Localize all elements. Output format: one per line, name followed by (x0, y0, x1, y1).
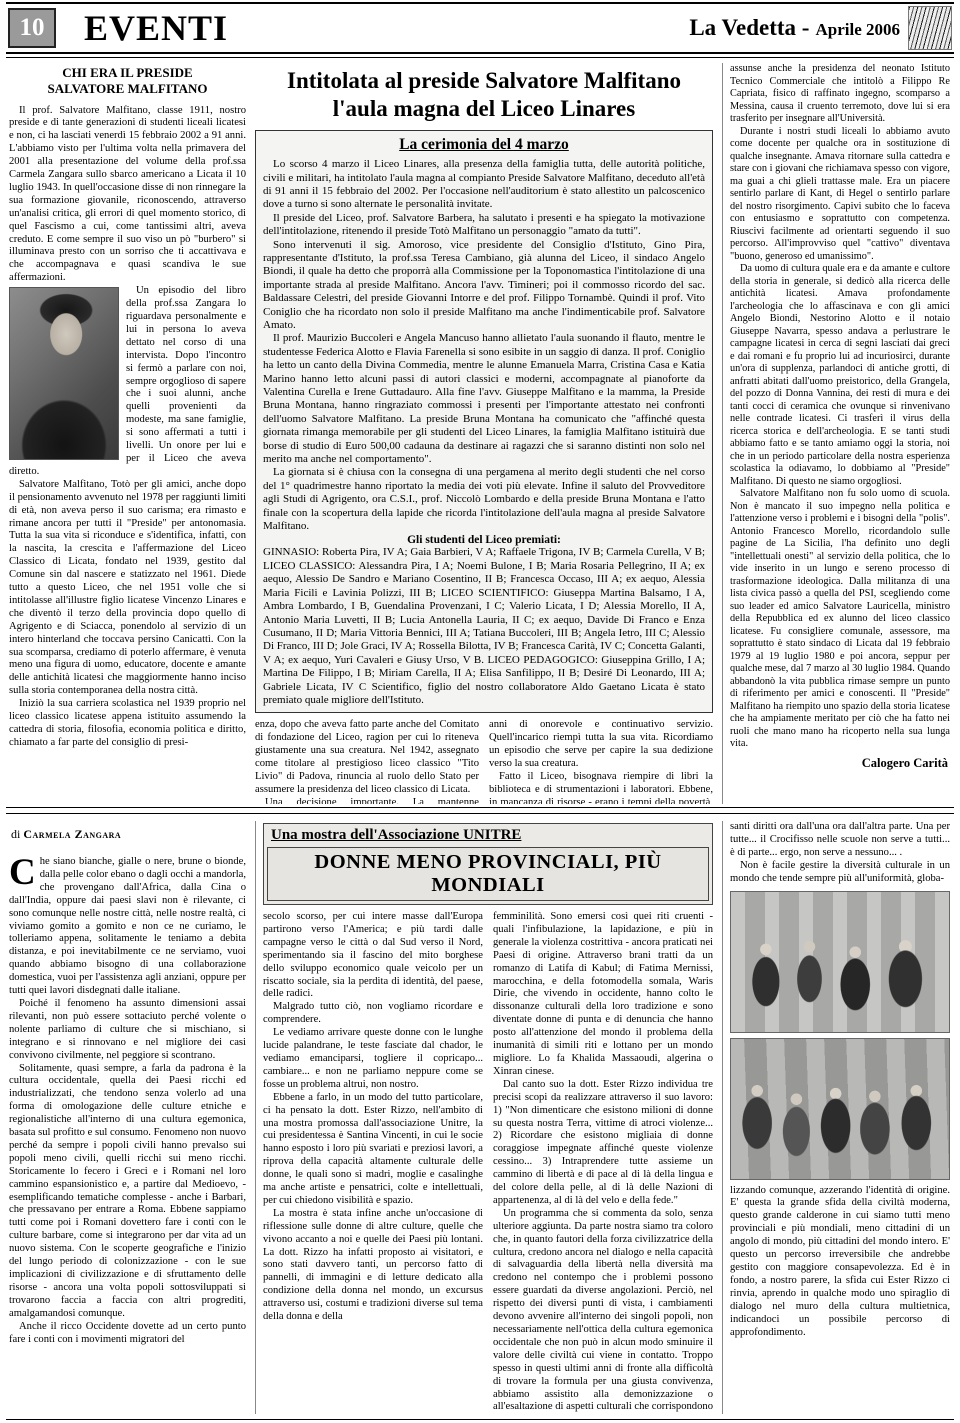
masthead: La Vedetta - Aprile 2006 (689, 15, 900, 41)
unitre-columns: secolo scorso, per cui intere masse dall… (263, 911, 713, 1414)
body-paragraph: secolo scorso, per cui intere masse dall… (263, 911, 483, 1001)
body-paragraph: santi diritti ora dall'una ora dall'altr… (730, 821, 950, 860)
byline-carmela-zangara: di Carmela Zangara (11, 827, 246, 842)
body-paragraph: Poiché il fenomeno ha assunto dimensioni… (9, 998, 246, 1063)
drop-cap: C (9, 856, 40, 887)
article-right-column: assunse anche la presidenza del neonato … (722, 63, 950, 804)
unitre-col-2: femminilità. Sono emersi così quei riti … (493, 911, 713, 1414)
continuation-col-2: anni di onorevole e continuativo servizi… (489, 719, 713, 804)
unitre-banner: Una mostra dell'Associazione UNITRE DONN… (263, 823, 713, 905)
body-paragraph: Il preside del Liceo, prof. Salvatore Ba… (263, 212, 705, 239)
unitre-right-column: santi diritti ora dall'una ora dall'altr… (722, 821, 950, 1414)
body-paragraph: Salvatore Malfitano non fu solo uomo di … (730, 488, 950, 751)
body-paragraph: Il prof. Maurizio Buccoleri e Angela Man… (263, 332, 705, 466)
students-awarded-list: GINNASIO: Roberta Pira, IV A; Gaia Barbi… (263, 546, 705, 707)
body-paragraph: Un programma che si commenta da solo, se… (493, 1208, 713, 1414)
body-paragraph: Non è facile gestire la diversità cultur… (730, 860, 950, 886)
masthead-graphic (908, 6, 952, 50)
body-paragraph: Salvatore Malfitano, Totò per gli amici,… (9, 479, 246, 698)
unitre-col-1: secolo scorso, per cui intere masse dall… (263, 911, 483, 1414)
body-paragraph: Dal canto suo la dott. Ester Rizzo indiv… (493, 1079, 713, 1208)
body-paragraph: Sono intervenuti il sig. Amoroso, vice p… (263, 239, 705, 333)
exhibition-photo-2 (730, 1038, 950, 1180)
body-paragraph: femminilità. Sono emersi così quei riti … (493, 911, 713, 1079)
body-paragraph: Durante i nostri studi liceali lo abbiam… (730, 126, 950, 264)
body-paragraph: Da uomo di cultura quale era e da amante… (730, 263, 950, 488)
article-chi-era-il-preside: CHI ERA IL PRESIDE SALVATORE MALFITANO I… (9, 63, 246, 804)
exhibition-photo-1 (730, 891, 950, 1033)
page-bottom-rule (6, 1419, 954, 1420)
body-paragraph: Lo scorso 4 marzo il Liceo Linares, alla… (263, 158, 705, 212)
continuation-col-1: enza, dopo che aveva fatto parte anche d… (255, 719, 479, 804)
article-continuation-columns: enza, dopo che aveva fatto parte anche d… (255, 719, 713, 804)
malfitano-portrait-photo (9, 287, 119, 460)
bottom-section: di Carmela Zangara Che siano bianche, gi… (0, 817, 960, 1414)
body-paragraph: anni di onorevole e continuativo servizi… (489, 719, 713, 771)
body-paragraph: Le vediamo arrivare queste donne con le … (263, 1027, 483, 1092)
body-paragraph: lizzando comunque, azzerando l'identità … (730, 1185, 950, 1340)
ceremony-box-title: La cerimonia del 4 marzo (263, 136, 705, 154)
body-paragraph: Che siano bianche, gialle o nere, brune … (9, 856, 246, 998)
article-unitre: Una mostra dell'Associazione UNITRE DONN… (255, 821, 713, 1414)
headline: Intitolata al preside Salvatore Malfitan… (255, 67, 713, 123)
unitre-kicker: Una mostra dell'Associazione UNITRE (267, 826, 709, 846)
body-paragraph: La mostra è stata infine anche un'occasi… (263, 1208, 483, 1324)
article-zangara: di Carmela Zangara Che siano bianche, gi… (9, 821, 246, 1414)
newspaper-page: 10 EVENTI La Vedetta - Aprile 2006 CHI E… (0, 0, 960, 1423)
section-title: EVENTI (84, 10, 228, 46)
body-paragraph: Fatto il Liceo, bisognava riempire di li… (489, 771, 713, 804)
article-title: CHI ERA IL PRESIDE SALVATORE MALFITANO (9, 65, 246, 98)
students-awarded-title: Gli studenti del Liceo premiati: (263, 534, 705, 546)
body-paragraph: Solitamente, quasi sempre, a farla da pa… (9, 1063, 246, 1321)
masthead-name: La Vedetta - (689, 15, 809, 41)
section-divider (6, 807, 954, 814)
byline-calogero-carita: Calogero Carità (730, 756, 950, 771)
top-section: CHI ERA IL PRESIDE SALVATORE MALFITANO I… (0, 58, 960, 804)
body-paragraph: enza, dopo che aveva fatto parte anche d… (255, 719, 479, 796)
body-paragraph: assunse anche la presidenza del neonato … (730, 63, 950, 126)
body-paragraph: Ebbene a farlo, in un modo del tutto par… (263, 1092, 483, 1208)
article-intitolazione-aula-magna: Intitolata al preside Salvatore Malfitan… (255, 63, 713, 804)
masthead-date: Aprile 2006 (815, 20, 900, 40)
page-number: 10 (8, 8, 56, 48)
body-paragraph: Iniziò la sua carriera scolastica nel 19… (9, 698, 246, 750)
body-paragraph: Il prof. Salvatore Malfitano, classe 191… (9, 105, 246, 286)
body-paragraph: La giornata si è chiusa con la consegna … (263, 466, 705, 533)
body-paragraph: Malgrado tutto ciò, non vogliamo ricorda… (263, 1001, 483, 1027)
body-paragraph: Una decisione importante. La mantenne in… (255, 797, 479, 804)
page-header: 10 EVENTI La Vedetta - Aprile 2006 (6, 2, 954, 54)
body-paragraph: Anche il ricco Occidente dovette ad un c… (9, 1321, 246, 1347)
unitre-title: DONNE MENO PROVINCIALI, PIÙ MONDIALI (267, 847, 709, 901)
ceremony-box: La cerimonia del 4 marzo Lo scorso 4 mar… (255, 130, 713, 713)
